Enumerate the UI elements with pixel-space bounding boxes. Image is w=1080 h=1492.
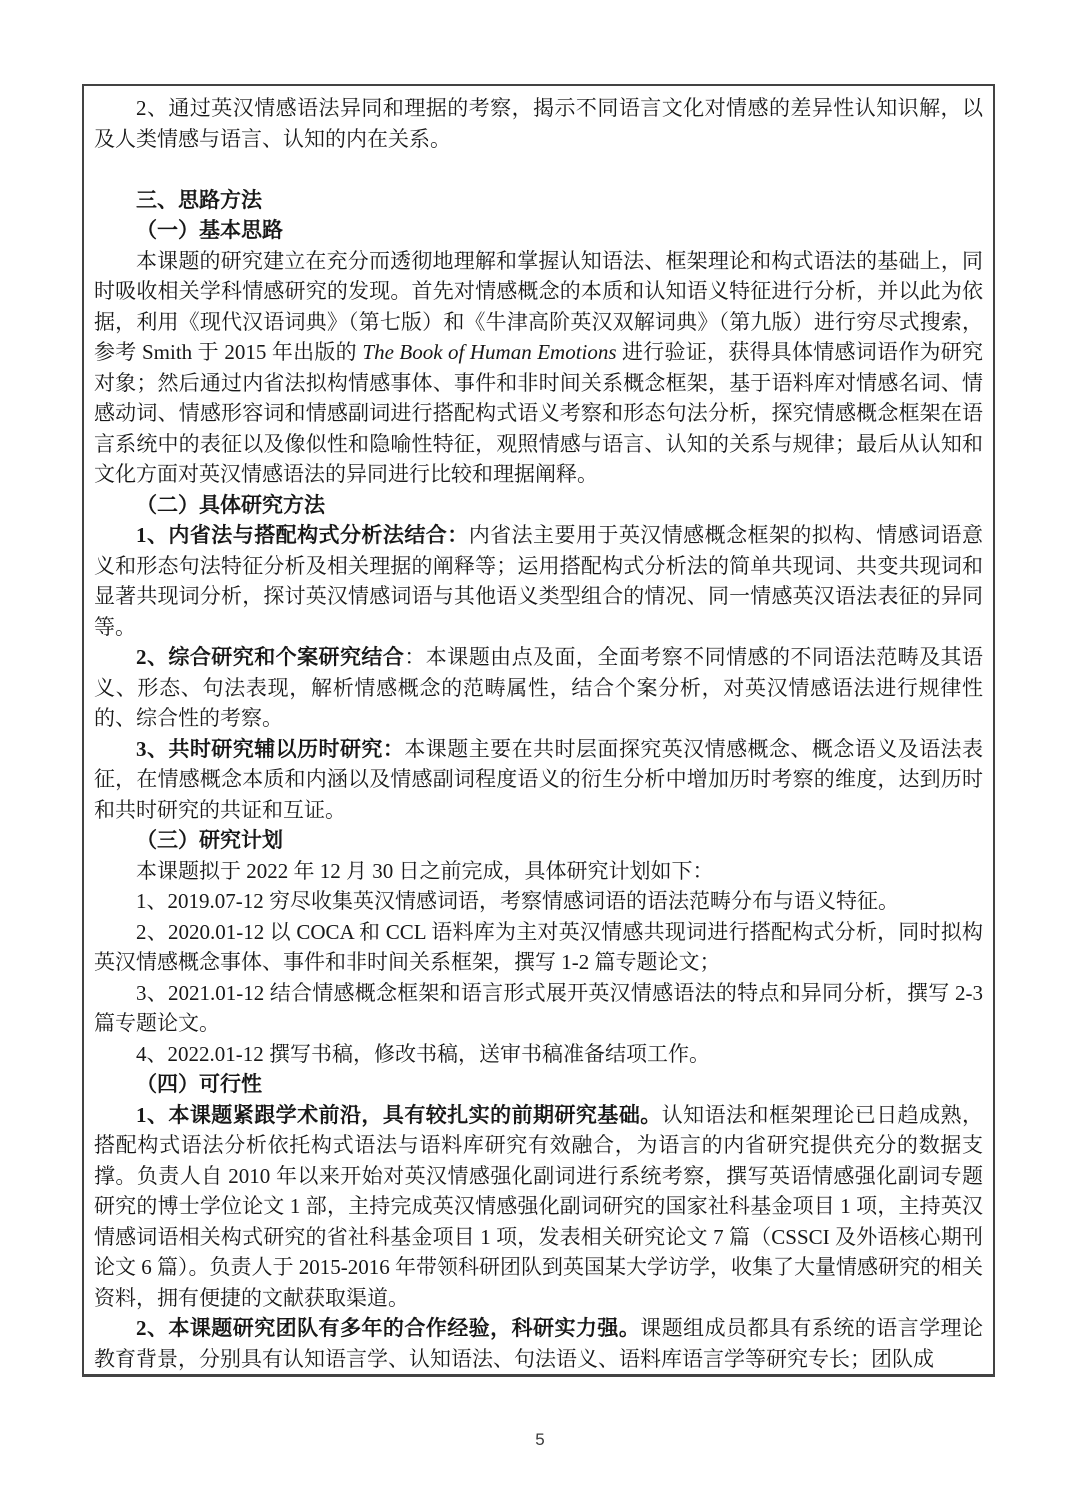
document-heading: （一）基本思路: [94, 215, 983, 246]
document-paragraph: 2、综合研究和个案研究结合：本课题由点及面，全面考察不同情感的不同语法范畴及其语…: [94, 642, 983, 734]
text-segment: 2、本课题研究团队有多年的合作经验，科研实力强。: [136, 1316, 640, 1340]
document-paragraph: 1、本课题紧跟学术前沿，具有较扎实的前期研究基础。认知语法和框架理论已日趋成熟，…: [94, 1100, 983, 1314]
document-paragraph: 本课题拟于 2022 年 12 月 30 日之前完成，具体研究计划如下：: [94, 856, 983, 887]
text-segment: （二）具体研究方法: [136, 493, 325, 517]
text-segment: （三）研究计划: [136, 828, 283, 852]
text-segment: 本课题拟于 2022 年 12 月 30 日之前完成，具体研究计划如下：: [136, 859, 714, 883]
text-segment: 3、2021.01-12 结合情感概念框架和语言形式展开英汉情感语法的特点和异同…: [94, 981, 983, 1036]
document-paragraph: 4、2022.01-12 撰写书稿，修改书稿，送审书稿准备结项工作。: [94, 1039, 983, 1070]
document-content: 2、通过英汉情感语法异同和理据的考察，揭示不同语言文化对情感的差异性认知识解，以…: [94, 93, 983, 1374]
page-number: 5: [0, 1430, 1080, 1450]
document-paragraph: 2、2020.01-12 以 COCA 和 CCL 语料库为主对英汉情感共现词进…: [94, 917, 983, 978]
form-cell-border: 2、通过英汉情感语法异同和理据的考察，揭示不同语言文化对情感的差异性认知识解，以…: [82, 84, 995, 1377]
document-spacer: [94, 154, 983, 185]
text-segment: 4、2022.01-12 撰写书稿，修改书稿，送审书稿准备结项工作。: [136, 1042, 710, 1066]
text-segment: 3、共时研究辅以历时研究：: [136, 737, 404, 761]
text-segment: 2、2020.01-12 以 COCA 和 CCL 语料库为主对英汉情感共现词进…: [94, 920, 983, 975]
document-paragraph: 1、内省法与搭配构式分析法结合：内省法主要用于英汉情感概念框架的拟构、情感词语意…: [94, 520, 983, 642]
text-segment: 三、思路方法: [136, 188, 262, 212]
document-heading: （三）研究计划: [94, 825, 983, 856]
document-heading: 三、思路方法: [94, 185, 983, 216]
document-paragraph: 3、2021.01-12 结合情感概念框架和语言形式展开英汉情感语法的特点和异同…: [94, 978, 983, 1039]
text-segment: （四）可行性: [136, 1072, 262, 1096]
document-paragraph: 1、2019.07-12 穷尽收集英汉情感词语，考察情感词语的语法范畴分布与语义…: [94, 886, 983, 917]
document-heading: （二）具体研究方法: [94, 490, 983, 521]
document-paragraph: 2、本课题研究团队有多年的合作经验，科研实力强。课题组成员都具有系统的语言学理论…: [94, 1313, 983, 1374]
text-segment: 1、2019.07-12 穷尽收集英汉情感词语，考察情感词语的语法范畴分布与语义…: [136, 889, 899, 913]
text-segment: The Book of Human Emotions: [362, 340, 616, 364]
document-page: 2、通过英汉情感语法异同和理据的考察，揭示不同语言文化对情感的差异性认知识解，以…: [0, 0, 1080, 1492]
text-segment: 2、综合研究和个案研究结合: [136, 645, 404, 669]
text-segment: 2、通过英汉情感语法异同和理据的考察，揭示不同语言文化对情感的差异性认知识解，以…: [94, 96, 983, 151]
document-paragraph: 2、通过英汉情感语法异同和理据的考察，揭示不同语言文化对情感的差异性认知识解，以…: [94, 93, 983, 154]
document-heading: （四）可行性: [94, 1069, 983, 1100]
text-segment: （一）基本思路: [136, 218, 283, 242]
text-segment: 认知语法和框架理论已日趋成熟，搭配构式语法分析依托构式语法与语料库研究有效融合，…: [94, 1103, 983, 1310]
text-segment: 1、本课题紧跟学术前沿，具有较扎实的前期研究基础。: [136, 1103, 662, 1127]
document-paragraph: 本课题的研究建立在充分而透彻地理解和掌握认知语法、框架理论和构式语法的基础上，同…: [94, 246, 983, 490]
text-segment: 1、内省法与搭配构式分析法结合：: [136, 523, 469, 547]
document-paragraph: 3、共时研究辅以历时研究：本课题主要在共时层面探究英汉情感概念、概念语义及语法表…: [94, 734, 983, 826]
